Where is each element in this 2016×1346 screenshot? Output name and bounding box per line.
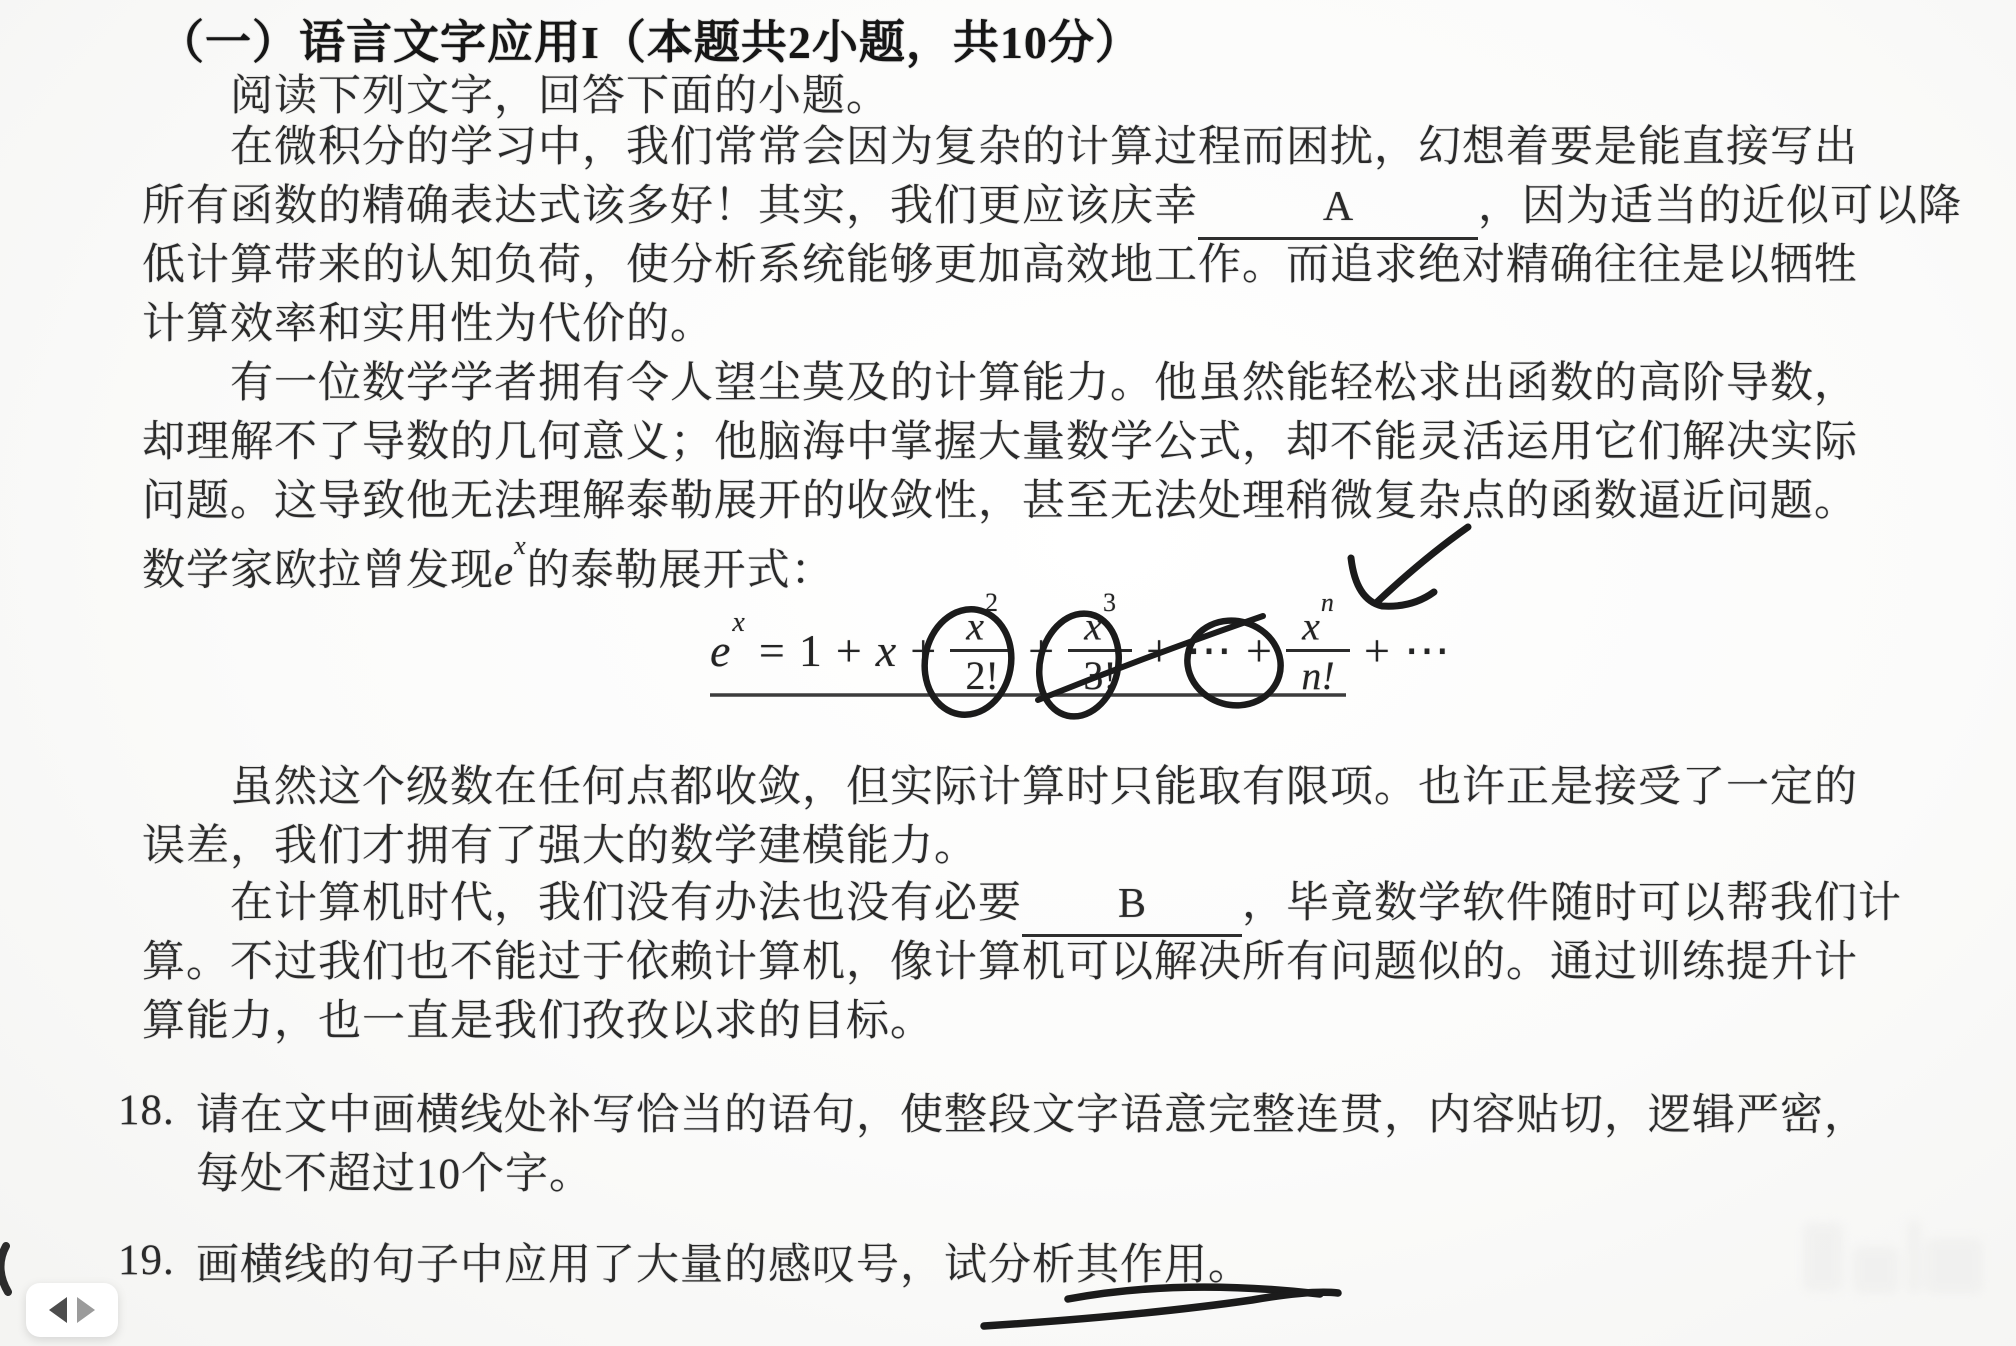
page-nav (26, 1283, 118, 1337)
question-18-number: 18. (118, 1086, 175, 1135)
fraction-x3-over-3fact: x3 3! (1068, 604, 1132, 696)
question-19: 画横线的句子中应用了大量的感叹号，试分析其作用。 (196, 1236, 1252, 1295)
plus-sign: + (1364, 624, 1390, 677)
passage-text: 所有函数的精确表达式该多好！其实，我们更应该庆幸 (142, 183, 1198, 230)
passage-line: 所有函数的精确表达式该多好！其实，我们更应该庆幸A，因为适当的近似可以降 (142, 177, 1962, 236)
passage-line: 在微积分的学习中，我们常常会因为复杂的计算过程而困扰，幻想着要是能直接写出 (142, 118, 1962, 177)
ellipsis-dots: ⋯ (1404, 623, 1450, 677)
watermark-blob (1925, 1238, 1983, 1294)
exam-scan-page: （一）语言文字应用I（本题共2小题，共10分） 阅读下列文字，回答下面的小题。 … (0, 0, 2016, 1346)
fraction-xn-over-nfact: xn n! (1286, 604, 1350, 696)
paragraph-3: 虽然这个级数在任何点都收敛，但实际计算时只能取有限项。也许正是接受了一定的 误差… (142, 758, 1858, 876)
passage-line: 在计算机时代，我们没有办法也没有必要B，毕竟数学软件随时可以帮我们计 (142, 874, 1902, 933)
plus-sign: + (1246, 624, 1272, 677)
paragraph-1: 在微积分的学习中，我们常常会因为复杂的计算过程而困扰，幻想着要是能直接写出 所有… (142, 118, 1962, 354)
fraction-x2-over-2fact: x2 2! (950, 604, 1014, 696)
passage-line: 算能力，也一直是我们孜孜以求的目标。 (142, 992, 1902, 1051)
question-19-number: 19. (118, 1236, 175, 1285)
passage-line: 问题。这导致他无法理解泰勒展开的收敛性，甚至无法处理稍微复杂点的函数逼近问题。 (142, 472, 1858, 531)
prev-page-icon[interactable] (49, 1297, 67, 1323)
plus-sign: + (1028, 624, 1054, 677)
passage-line: 算。不过我们也不能过于依赖计算机，像计算机可以解决所有问题似的。通过训练提升计 (142, 933, 1902, 992)
answer-blank-a: A (1198, 178, 1478, 240)
equals-sign: = (759, 624, 785, 677)
next-page-icon[interactable] (77, 1297, 95, 1323)
euler-e-exponent: x (514, 531, 527, 560)
answer-blank-b: B (1022, 875, 1242, 937)
passage-line: 虽然这个级数在任何点都收敛，但实际计算时只能取有限项。也许正是接受了一定的 (142, 758, 1858, 817)
fraction-bar (1286, 649, 1350, 652)
paragraph-2: 有一位数学学者拥有令人望尘莫及的计算能力。他虽然能轻松求出函数的高阶导数， 却理… (142, 354, 1858, 590)
passage-line: 误差，我们才拥有了强大的数学建模能力。 (142, 817, 1858, 876)
formula-term: 1 (799, 624, 822, 677)
fraction-bar (1068, 649, 1132, 652)
passage-line: 却理解不了导数的几何意义；他脑海中掌握大量数学公式，却不能灵活运用它们解决实际 (142, 413, 1858, 472)
watermark-blob (1853, 1246, 1899, 1294)
question-line: 请在文中画横线处补写恰当的语句，使整段文字语意完整连贯，内容贴切，逻辑严密， (196, 1086, 1868, 1145)
question-18: 请在文中画横线处补写恰当的语句，使整段文字语意完整连贯，内容贴切，逻辑严密， 每… (196, 1086, 1868, 1204)
plus-sign: + (1146, 624, 1172, 677)
watermark-blob (1907, 1220, 1921, 1294)
watermark-blob (1803, 1222, 1843, 1292)
fraction-bar (950, 649, 1014, 652)
edge-artifact (0, 1246, 8, 1292)
euler-e: e (494, 547, 514, 594)
paragraph-4: 在计算机时代，我们没有办法也没有必要B，毕竟数学软件随时可以帮我们计 算。不过我… (142, 874, 1902, 1051)
formula-lhs: ex (710, 624, 745, 677)
ellipsis-dots: ⋯ (1186, 623, 1232, 677)
plus-sign: + (910, 624, 936, 677)
question-line: 画横线的句子中应用了大量的感叹号，试分析其作用。 (196, 1236, 1252, 1295)
formula-term: x (876, 624, 896, 677)
passage-line: 低计算带来的认知负荷，使分析系统能够更加高效地工作。而追求绝对精确往往是以牺牲 (142, 236, 1962, 295)
passage-text: ，毕竟数学软件随时可以帮我们计 (1242, 880, 1902, 927)
passage-text: 数学家欧拉曾发现 (142, 547, 494, 594)
passage-line: 计算效率和实用性为代价的。 (142, 295, 1962, 354)
passage-text: ，因为适当的近似可以降 (1478, 183, 1962, 230)
faint-watermark (1795, 1212, 1990, 1307)
hand-underline-stroke-2 (984, 1292, 1338, 1326)
plus-sign: + (836, 624, 862, 677)
passage-line: 数学家欧拉曾发现ex的泰勒展开式： (142, 531, 1858, 590)
taylor-series-formula: ex = 1 + x + x2 2! + x3 3! + ⋯ + xn n! +… (710, 586, 1450, 714)
intro-line: 阅读下列文字，回答下面的小题。 (230, 62, 890, 123)
passage-line: 有一位数学学者拥有令人望尘莫及的计算能力。他虽然能轻松求出函数的高阶导数， (142, 354, 1858, 413)
passage-text: 在计算机时代，我们没有办法也没有必要 (230, 880, 1022, 927)
question-line: 每处不超过10个字。 (196, 1145, 1868, 1204)
